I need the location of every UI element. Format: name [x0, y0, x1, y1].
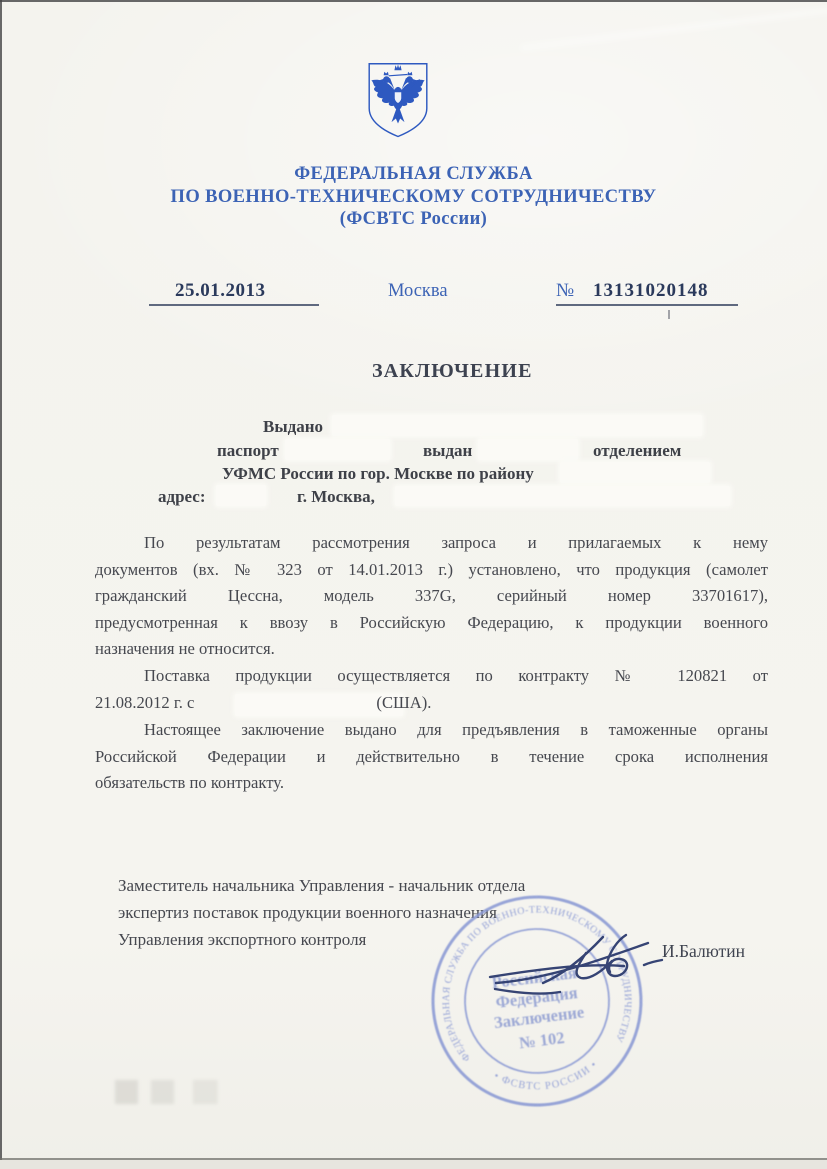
recipient-department-word: отделением — [593, 441, 681, 461]
document-date: 25.01.2013 — [175, 280, 266, 302]
redaction-box — [560, 462, 710, 483]
scan-edge-top — [0, 0, 827, 2]
redaction-box — [216, 485, 266, 506]
body-line: 21.08.2012 г. с(США). — [95, 690, 768, 717]
scan-edge-bottom — [0, 1158, 827, 1160]
body-line: предусмотренная к ввозу в Российскую Фед… — [95, 610, 768, 637]
number-sign: № — [556, 280, 574, 302]
paragraph-3: Настоящее заключение выдано для предъявл… — [95, 717, 768, 797]
contract-date-text: 21.08.2012 г. с — [95, 693, 194, 712]
body-line: Российской Федерации и действительно в т… — [95, 744, 768, 771]
scan-bottom-strip — [0, 1160, 827, 1169]
contract-country-text: (США). — [376, 693, 431, 712]
document-number: 13131020148 — [593, 280, 709, 302]
date-underline — [149, 304, 319, 306]
redaction-box — [332, 415, 702, 436]
redaction-box — [395, 486, 730, 506]
redaction-box — [478, 439, 578, 460]
paragraph-1: По результатам рассмотрения запроса и пр… — [95, 530, 768, 663]
body-line: Поставка продукции осуществляется по кон… — [95, 663, 768, 690]
stamp-center-line4: № 102 — [518, 1028, 565, 1052]
number-underline — [556, 304, 738, 306]
document-title: ЗАКЛЮЧЕНИЕ — [372, 360, 533, 383]
scanned-document-page: ФЕДЕРАЛЬНАЯ СЛУЖБА ПО ВОЕННО-ТЕХНИЧЕСКОМ… — [0, 0, 827, 1169]
body-line: Настоящее заключение выдано для предъявл… — [95, 717, 768, 744]
body-line: гражданский Цессна, модель 337G, серийны… — [95, 583, 768, 610]
body-line: документов (вх. № 323 от 14.01.2013 г.) … — [95, 557, 768, 584]
russia-coat-of-arms-icon — [362, 59, 434, 142]
agency-abbreviation: (ФСВТС России) — [0, 208, 827, 231]
recipient-passport-label: паспорт — [217, 441, 279, 461]
letterhead: ФЕДЕРАЛЬНАЯ СЛУЖБА ПО ВОЕННО-ТЕХНИЧЕСКОМ… — [0, 163, 827, 231]
scan-speck — [668, 310, 670, 319]
agency-name-line2: ПО ВОЕННО-ТЕХНИЧЕСКОМУ СОТРУДНИЧЕСТВУ — [0, 186, 827, 209]
recipient-address-label: адрес: — [158, 487, 206, 507]
bleedthrough-smudge — [115, 1080, 305, 1104]
recipient-city-prefix: г. Москва, — [297, 487, 375, 507]
body-line: обязательств по контракту. — [95, 770, 768, 797]
body-line: назначения не относится. — [95, 636, 768, 663]
paragraph-2: Поставка продукции осуществляется по кон… — [95, 663, 768, 716]
paper-crease — [521, 6, 827, 50]
recipient-ufms-line: УФМС России по гор. Москве по району — [222, 464, 534, 484]
recipient-issued-label: Выдано — [263, 417, 323, 437]
body-line: По результатам рассмотрения запроса и пр… — [95, 530, 768, 557]
redaction-box — [285, 439, 390, 460]
recipient-issued-verb: выдан — [423, 441, 472, 461]
document-city: Москва — [388, 281, 448, 302]
agency-name-line1: ФЕДЕРАЛЬНАЯ СЛУЖБА — [0, 163, 827, 186]
handwritten-signature — [448, 925, 688, 1015]
